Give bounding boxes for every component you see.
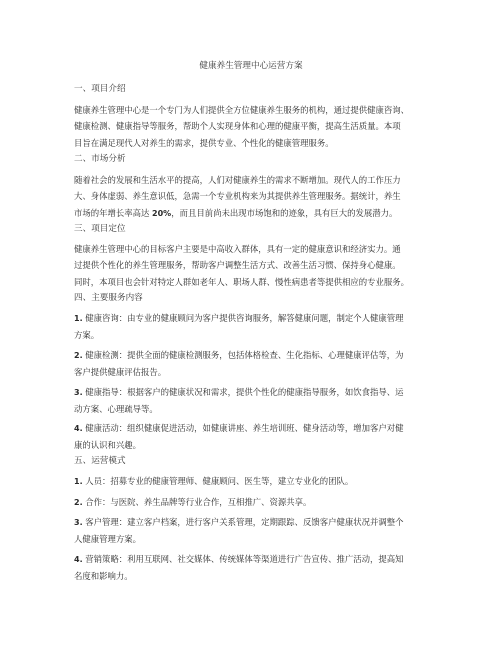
paragraph-line: 健康检测、健康指导等服务，帮助个人实现身体和心理的健康平衡，提高生活质量。本项: [74, 118, 434, 134]
section-heading-services: 四、主要服务内容: [74, 293, 143, 304]
service-item-1: 1. 健康咨询：由专业的健康顾问为客户提供咨询服务，解答健康问题，制定个人健康管…: [74, 310, 434, 344]
section-heading-positioning: 三、项目定位: [74, 224, 126, 235]
list-item-line: 4. 营销策略：利用互联网、社交媒体、传统媒体等渠道进行广告宣传、推广活动，提高…: [74, 551, 434, 568]
operation-item-3: 3. 客户管理：建立客户档案，进行客户关系管理，定期跟踪、反馈客户健康状况并调整…: [74, 514, 434, 548]
list-number: 3.: [74, 518, 83, 527]
section-paragraph-positioning: 健康养生管理中心的目标客户主要是中高收入群体，具有一定的健康意识和经济实力。通 …: [74, 241, 434, 290]
service-item-3: 3. 健康指导：根据客户的健康状况和需求，提供个性化的健康指导服务，如饮食指导、…: [74, 384, 434, 418]
paragraph-line: 同时，本项目也会针对特定人群如老年人、职场人群、慢性病患者等提供相应的专业服务。: [74, 274, 434, 290]
paragraph-line: 过提供个性化的养生管理服务，帮助客户调整生活方式、改善生活习惯、保持身心健康。: [74, 257, 434, 273]
list-number: 2.: [74, 498, 83, 507]
list-item-text: 合作：与医院、养生品牌等行业合作，互相推广、资源共享。: [85, 497, 311, 507]
list-item-text: 客户管理：建立客户档案，进行客户关系管理，定期跟踪、反馈客户健康状况并调整个: [85, 517, 403, 527]
list-item-text: 康的认识和兴趣。: [74, 437, 434, 453]
list-number: 2.: [74, 351, 83, 360]
list-item-line: 3. 健康指导：根据客户的健康状况和需求，提供个性化的健康指导服务，如饮食指导、…: [74, 384, 434, 401]
list-item-text: 健康咨询：由专业的健康顾问为客户提供咨询服务，解答健康问题，制定个人健康管理: [85, 313, 403, 323]
paragraph-line: 健康养生管理中心是一个专门为人们提供全方位健康养生服务的机构，通过提供健康咨询、: [74, 102, 434, 118]
document-page: 健康养生管理中心运营方案 一、项目介绍 健康养生管理中心是一个专门为人们提供全方…: [0, 0, 502, 649]
paragraph-line: 大、身体虚弱、养生意识低，急需一个专业机构来为其提供养生管理服务。据统计，养生: [74, 188, 434, 204]
list-item-text: 人员：招募专业的健康管理师、健康顾问、医生等，建立专业化的团队。: [85, 476, 353, 486]
list-number: 1.: [74, 477, 83, 486]
list-item-text: 营销策略：利用互联网、社交媒体、传统媒体等渠道进行广告宣传、推广活动，提高知: [85, 554, 403, 564]
text-segment: 市场的年增长率高达: [74, 208, 152, 218]
list-item-text: 人健康管理方案。: [74, 531, 434, 547]
list-item-text: 客户提供健康评估报告。: [74, 364, 434, 380]
operation-item-4: 4. 营销策略：利用互联网、社交媒体、传统媒体等渠道进行广告宣传、推广活动，提高…: [74, 551, 434, 585]
operation-item-1: 1. 人员：招募专业的健康管理师、健康顾问、医生等，建立专业化的团队。: [74, 473, 434, 490]
growth-rate-value: 20%: [152, 209, 171, 218]
document-title: 健康养生管理中心运营方案: [0, 61, 502, 72]
list-item-text: 名度和影响力。: [74, 568, 434, 584]
list-item-text: 动方案、心理疏导等。: [74, 401, 434, 417]
service-item-4: 4. 健康活动：组织健康促进活动，如健康讲座、养生培训班、健身活动等，增加客户对…: [74, 420, 434, 454]
section-paragraph-intro: 健康养生管理中心是一个专门为人们提供全方位健康养生服务的机构，通过提供健康咨询、…: [74, 102, 434, 151]
list-number: 3.: [74, 388, 83, 397]
text-segment: ，而且目前尚未出现市场饱和的迹象，具有巨大的发展潜力。: [171, 208, 397, 218]
paragraph-line: 健康养生管理中心的目标客户主要是中高收入群体，具有一定的健康意识和经济实力。通: [74, 241, 434, 257]
paragraph-line: 市场的年增长率高达 20%，而且目前尚未出现市场饱和的迹象，具有巨大的发展潜力。: [74, 205, 434, 222]
section-heading-market: 二、市场分析: [74, 154, 126, 165]
list-item-text: 健康检测：提供全面的健康检测服务，包括体格检查、生化指标、心理健康评估等，为: [85, 350, 403, 360]
section-heading-intro: 一、项目介绍: [74, 84, 126, 95]
list-item-text: 健康指导：根据客户的健康状况和需求，提供个性化的健康指导服务，如饮食指导、运: [85, 387, 403, 397]
list-number: 4.: [74, 424, 83, 433]
list-item-line: 1. 健康咨询：由专业的健康顾问为客户提供咨询服务，解答健康问题，制定个人健康管…: [74, 310, 434, 327]
section-paragraph-market: 随着社会的发展和生活水平的提高，人们对健康养生的需求不断增加。现代人的工作压力 …: [74, 172, 434, 222]
list-number: 1.: [74, 314, 83, 323]
operation-item-2: 2. 合作：与医院、养生品牌等行业合作，互相推广、资源共享。: [74, 494, 434, 511]
list-item-line: 4. 健康活动：组织健康促进活动，如健康讲座、养生培训班、健身活动等，增加客户对…: [74, 420, 434, 437]
list-item-line: 2. 健康检测：提供全面的健康检测服务，包括体格检查、生化指标、心理健康评估等，…: [74, 347, 434, 364]
section-heading-operations: 五、运营模式: [74, 456, 126, 467]
list-item-line: 2. 合作：与医院、养生品牌等行业合作，互相推广、资源共享。: [74, 494, 434, 511]
service-item-2: 2. 健康检测：提供全面的健康检测服务，包括体格检查、生化指标、心理健康评估等，…: [74, 347, 434, 381]
paragraph-line: 目旨在满足现代人对养生的需求，提供专业、个性化的健康管理服务。: [74, 135, 434, 151]
paragraph-line: 随着社会的发展和生活水平的提高，人们对健康养生的需求不断增加。现代人的工作压力: [74, 172, 434, 188]
list-item-line: 1. 人员：招募专业的健康管理师、健康顾问、医生等，建立专业化的团队。: [74, 473, 434, 490]
list-number: 4.: [74, 555, 83, 564]
list-item-line: 3. 客户管理：建立客户档案，进行客户关系管理，定期跟踪、反馈客户健康状况并调整…: [74, 514, 434, 531]
list-item-text: 方案。: [74, 327, 434, 343]
list-item-text: 健康活动：组织健康促进活动，如健康讲座、养生培训班、健身活动等，增加客户对健: [85, 423, 403, 433]
